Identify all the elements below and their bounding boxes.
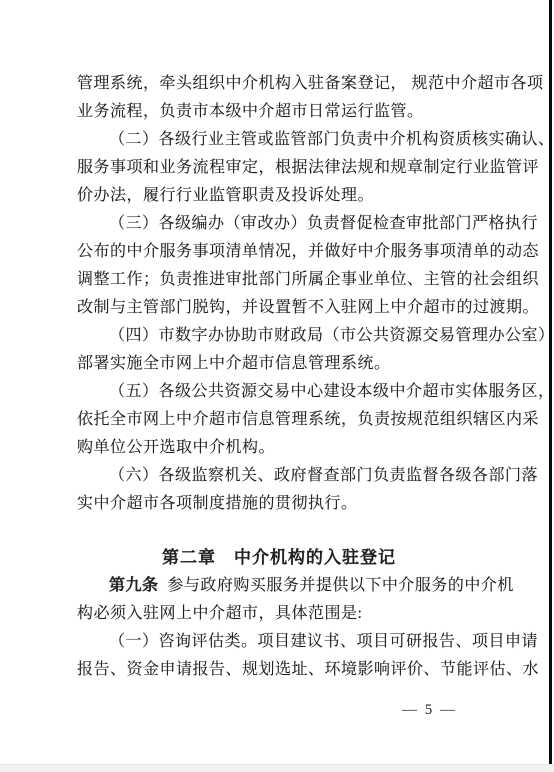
- body-line: 实中介超市各项制度措施的贯彻执行。: [77, 490, 507, 518]
- body-line: （二）各级行业主管或监管部门负责中介机构资质核实确认、: [77, 126, 507, 154]
- body-line: （三）各级编办（审改办）负责督促检查审批部门严格执行: [77, 210, 507, 238]
- body-line: 调整工作；负责推进审批部门所属企事业单位、主管的社会组织: [77, 266, 507, 294]
- body-line: （四）市数字办协助市财政局（市公共资源交易管理办公室）: [77, 322, 507, 350]
- body-line: 管理系统，牵头组织中介机构入驻备案登记， 规范中介超市各项: [77, 70, 507, 98]
- article-first-line: 第九条参与政府购买服务并提供以下中介服务的中介机: [77, 572, 507, 600]
- scan-edge-line: [549, 0, 552, 772]
- body-line: （六）各级监察机关、政府督查部门负责监督各级各部门落: [77, 462, 507, 490]
- chapter-heading: 第二章 中介机构的入驻登记: [77, 544, 481, 572]
- body-line: 服务事项和业务流程审定，根据法律法规和规章制定行业监管评: [77, 154, 507, 182]
- body-line: （一）咨询评估类。项目建议书、项目可研报告、项目申请: [77, 628, 507, 656]
- body-line: （五）各级公共资源交易中心建设本级中介超市实体服务区，: [77, 378, 507, 406]
- page-number: — 5 —: [402, 700, 457, 720]
- article-number-label: 第九条: [109, 577, 159, 594]
- body-line: 公布的中介服务事项清单情况，并做好中介服务事项清单的动态: [77, 238, 507, 266]
- body-line: 改制与主管部门脱钩，并设置暂不入驻网上中介超市的过渡期。: [77, 294, 507, 322]
- scanned-document-page: 管理系统，牵头组织中介机构入驻备案登记， 规范中介超市各项 业务流程，负责市本级…: [0, 0, 554, 772]
- body-line: 依托全市网上中介超市信息管理系统，负责按规范组织辖区内采: [77, 406, 507, 434]
- body-line: 价办法，履行行业监管职责及投诉处理。: [77, 182, 507, 210]
- article-first-line-text: 参与政府购买服务并提供以下中介服务的中介机: [167, 577, 514, 594]
- body-line: 构必须入驻网上中介超市，具体范围是:: [77, 600, 507, 628]
- body-line: 报告、资金申请报告、规划选址、环境影响评价、节能评估、水: [77, 656, 507, 684]
- body-line: 业务流程，负责市本级中介超市日常运行监管。: [77, 98, 507, 126]
- body-line: 部署实施全市网上中介超市信息管理系统。: [77, 350, 507, 378]
- scan-edge-bottom-strip: [0, 764, 554, 772]
- document-body: 管理系统，牵头组织中介机构入驻备案登记， 规范中介超市各项 业务流程，负责市本级…: [77, 70, 507, 684]
- body-line: 购单位公开选取中介机构。: [77, 434, 507, 462]
